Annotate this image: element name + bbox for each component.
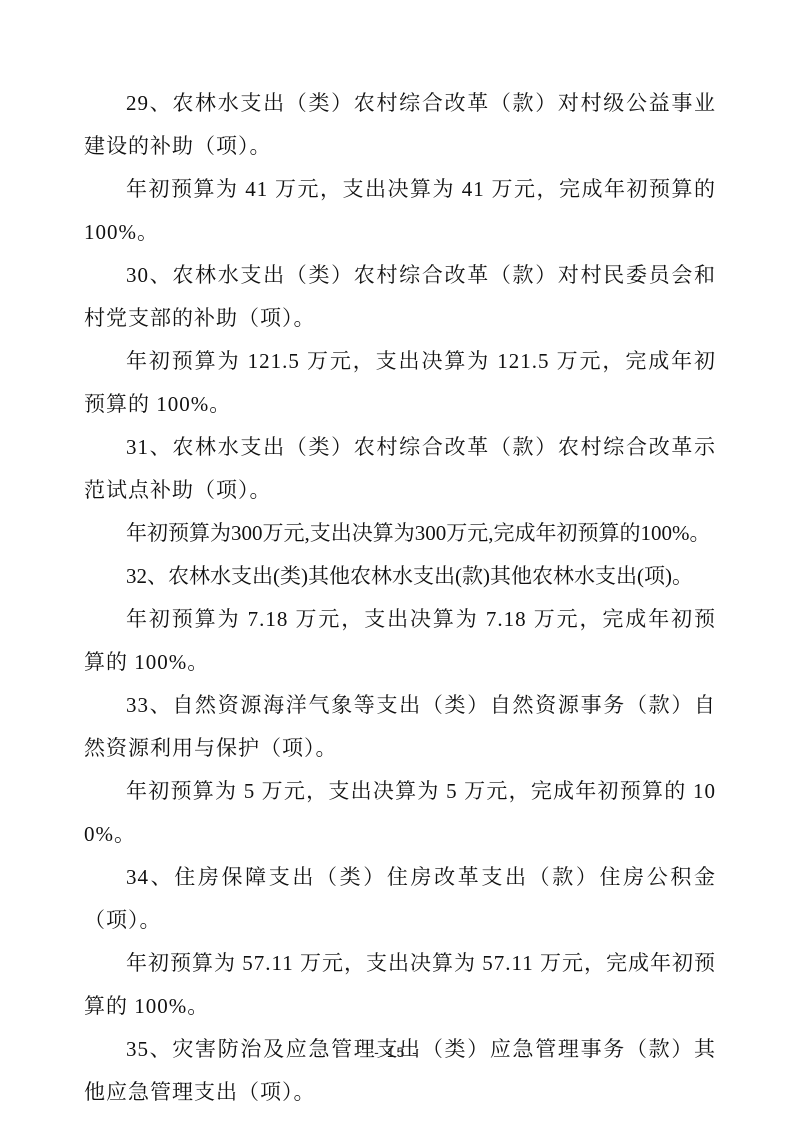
paragraph-budget-33: 年初预算为 5 万元，支出决算为 5 万元，完成年初预算的 100%。 — [84, 770, 716, 856]
paragraph-budget-30: 年初预算为 121.5 万元，支出决算为 121.5 万元，完成年初预算的 10… — [84, 340, 716, 426]
paragraph-item-32: 32、农林水支出(类)其他农林水支出(款)其他农林水支出(项)。 — [84, 555, 716, 598]
paragraph-budget-34: 年初预算为 57.11 万元，支出决算为 57.11 万元，完成年初预算的 10… — [84, 942, 716, 1028]
paragraph-item-34: 34、住房保障支出（类）住房改革支出（款）住房公积金（项）。 — [84, 856, 716, 942]
page-footer: - 15 - — [0, 1044, 793, 1060]
document-body: 29、农林水支出（类）农村综合改革（款）对村级公益事业建设的补助（项）。 年初预… — [84, 82, 716, 1114]
paragraph-budget-31: 年初预算为300万元,支出决算为300万元,完成年初预算的100%。 — [84, 512, 716, 555]
paragraph-item-35: 35、灾害防治及应急管理支出（类）应急管理事务（款）其他应急管理支出（项）。 — [84, 1028, 716, 1114]
paragraph-budget-32: 年初预算为 7.18 万元，支出决算为 7.18 万元，完成年初预算的 100%… — [84, 598, 716, 684]
paragraph-item-30: 30、农林水支出（类）农村综合改革（款）对村民委员会和村党支部的补助（项）。 — [84, 254, 716, 340]
document-page: 29、农林水支出（类）农村综合改革（款）对村级公益事业建设的补助（项）。 年初预… — [0, 0, 793, 1122]
page-number: - 15 - — [374, 1044, 419, 1060]
paragraph-item-29: 29、农林水支出（类）农村综合改革（款）对村级公益事业建设的补助（项）。 — [84, 82, 716, 168]
paragraph-budget-29: 年初预算为 41 万元，支出决算为 41 万元，完成年初预算的 100%。 — [84, 168, 716, 254]
paragraph-item-31: 31、农林水支出（类）农村综合改革（款）农村综合改革示范试点补助（项）。 — [84, 426, 716, 512]
paragraph-item-33: 33、自然资源海洋气象等支出（类）自然资源事务（款）自然资源利用与保护（项）。 — [84, 684, 716, 770]
